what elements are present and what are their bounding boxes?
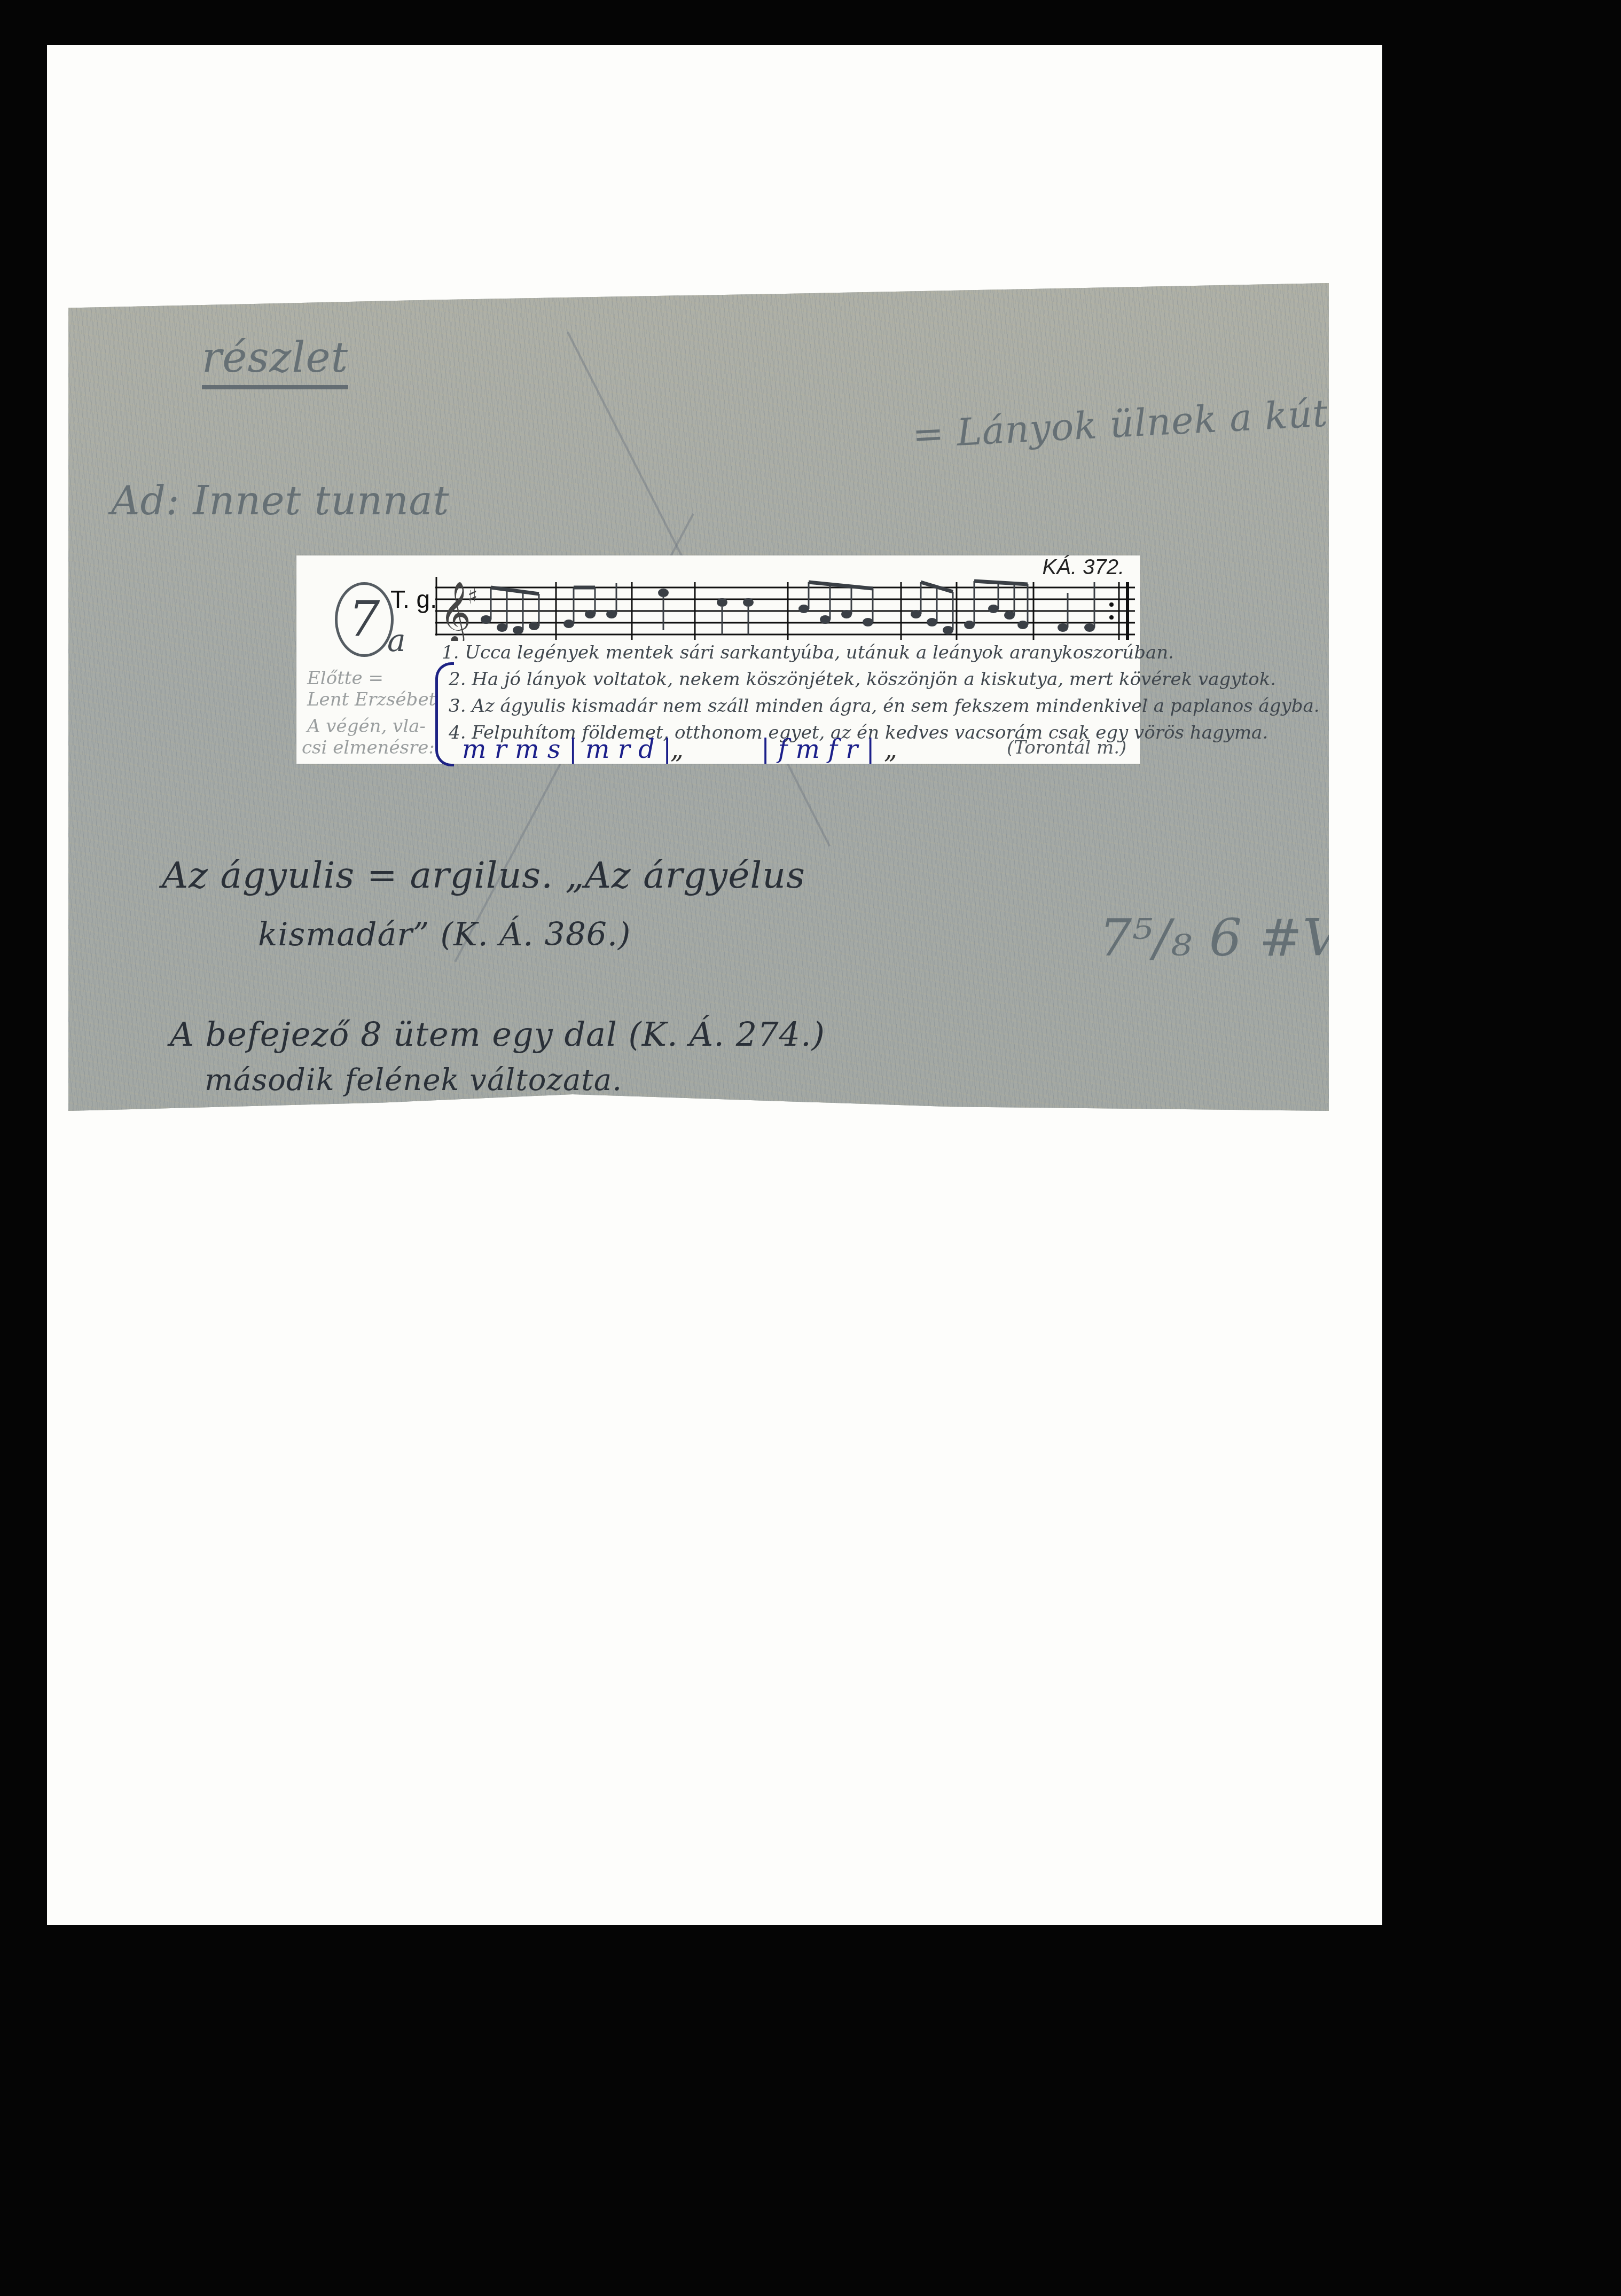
side-note-line4: csi elmenésre: bbox=[302, 737, 435, 758]
voice-label: T. g. bbox=[390, 585, 437, 614]
reference-ad: Ad: Innet tunnat bbox=[111, 478, 449, 524]
sharp-icon: ♯ bbox=[467, 584, 477, 609]
note-agyulis-line1: Az ágyulis = argilus. „Az árgyélus bbox=[162, 855, 805, 897]
side-note-line3: A végén, vla- bbox=[307, 716, 426, 737]
reference-lanyok: = Lányok ülnek a kútnál bbox=[911, 388, 1389, 457]
source-reference: KÁ. 372. bbox=[1043, 555, 1124, 579]
note-agyulis-line2: kismadár” (K. Á. 386.) bbox=[258, 916, 631, 953]
solfa-phrase-2: | f m f r | bbox=[761, 734, 875, 764]
provenance: (Torontál m.) bbox=[1007, 737, 1126, 758]
verse-2: 2. Ha jó lányok voltatok, nekem köszönjé… bbox=[449, 669, 1276, 690]
treble-clef-icon: 𝄞 bbox=[440, 581, 471, 641]
note-befejezo-line2: második felének változata. bbox=[205, 1063, 622, 1098]
side-note-line2: Lent Erzsébet bbox=[307, 689, 436, 710]
note-befejezo-line1: A befejező 8 ütem egy dal (K. Á. 274.) bbox=[170, 1015, 825, 1054]
verse-3: 3. Az ágyulis kismadár nem száll minden … bbox=[449, 695, 1320, 717]
tune-number: 7 bbox=[335, 582, 394, 657]
side-note-line1: Előtte = bbox=[307, 668, 383, 689]
solfa-ditto-2: „ bbox=[884, 734, 897, 764]
solfa-phrase-1: m r m s | m r d | bbox=[462, 734, 671, 764]
tune-number-suffix: a bbox=[387, 622, 406, 659]
solfa-ditto-1: „ bbox=[670, 734, 684, 764]
music-strip: 7 a T. g. KÁ. 372. 𝄞 ♯ bbox=[296, 555, 1140, 764]
music-staff: 𝄞 ♯ bbox=[435, 577, 1135, 641]
verse-1: 1. Ucca legények mentek sári sarkantyúba… bbox=[442, 642, 1174, 663]
heading-reszlet: részlet bbox=[202, 334, 348, 389]
